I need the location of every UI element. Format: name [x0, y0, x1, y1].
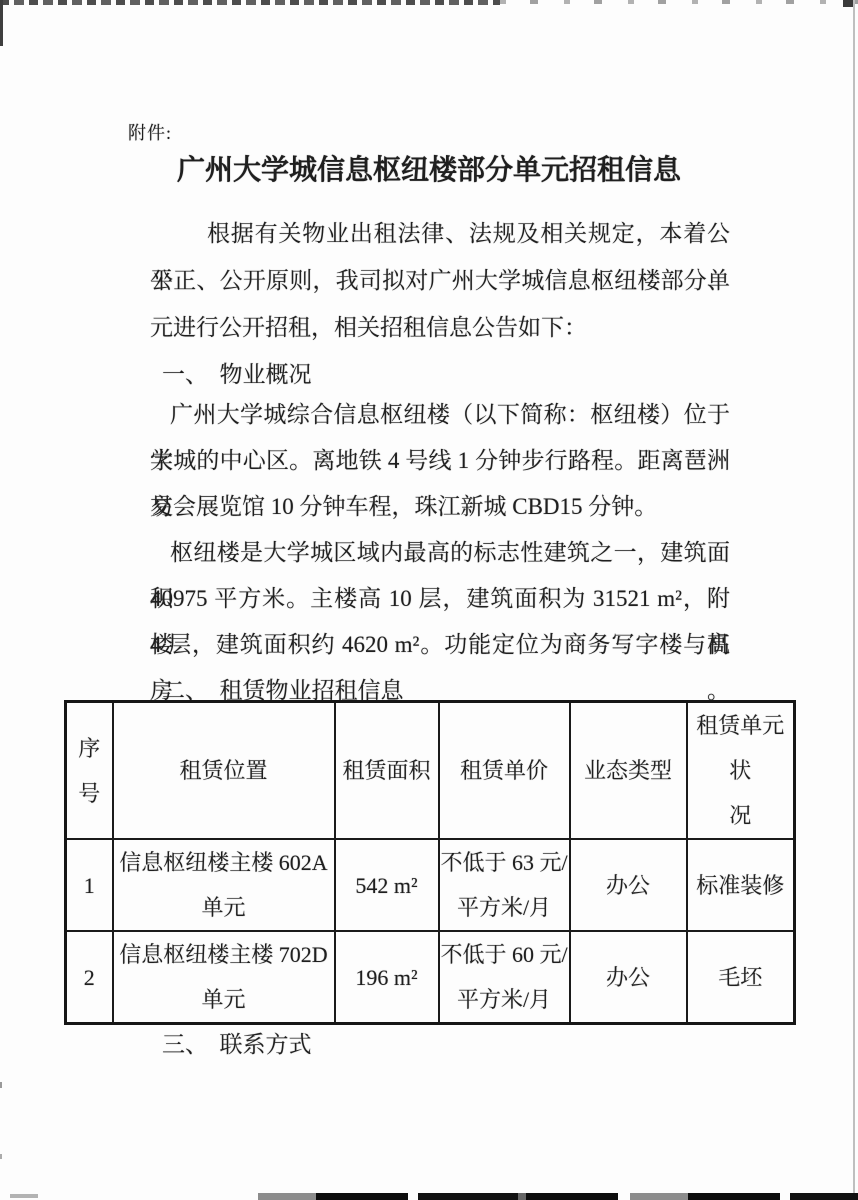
body-line: 学城的中心区。离地铁 4 号线 1 分钟步行路程。距离琶洲交	[150, 438, 730, 484]
cell-text: 2	[67, 955, 112, 1000]
header-text: 号	[67, 771, 112, 816]
cell-text: 平方米/月	[440, 977, 569, 1022]
body-paragraph-1: 根据有关物业出租法律、法规及相关规定，本着公平、 公正、公开原则，我司拟对广州大…	[150, 210, 730, 398]
document-title: 广州大学城信息枢纽楼部分单元招租信息	[0, 148, 858, 188]
scanned-document-page: 附件: 广州大学城信息枢纽楼部分单元招租信息 根据有关物业出租法律、法规及相关规…	[0, 0, 858, 1200]
header-text: 业态类型	[571, 748, 686, 793]
cell-text: 196 m²	[336, 955, 438, 1000]
cell-text: 不低于 60 元/	[440, 932, 569, 977]
cell-price: 不低于 63 元/ 平方米/月	[439, 839, 570, 931]
cell-business-type: 办公	[570, 931, 687, 1024]
header-text: 租赁单元状	[688, 703, 794, 793]
cell-text: 信息枢纽楼主楼 702D	[114, 932, 334, 977]
cell-price: 不低于 60 元/ 平方米/月	[439, 931, 570, 1024]
rental-units-table: 序 号 租赁位置 租赁面积 租赁单价 业态类型 租赁单元状 况 1	[64, 700, 796, 1025]
scan-artifact-left-edge-dot	[0, 1082, 2, 1088]
cell-unit-condition: 毛坯	[687, 931, 795, 1024]
header-cell-business-type: 业态类型	[570, 702, 687, 840]
cell-area: 196 m²	[335, 931, 439, 1024]
body-line: 公正、公开原则，我司拟对广州大学城信息枢纽楼部分单	[150, 257, 730, 304]
body-line: 40975 平方米。主楼高 10 层，建筑面积为 31521 m²，附楼高	[150, 576, 730, 622]
scan-artifact-bottom-left-speck	[10, 1194, 38, 1198]
body-line: 广州大学城综合信息枢纽楼（以下简称：枢纽楼）位于大	[150, 392, 730, 438]
cell-business-type: 办公	[570, 839, 687, 931]
cell-text: 不低于 63 元/	[440, 840, 569, 885]
scan-artifact-top-edge-left	[0, 0, 500, 5]
header-text: 况	[688, 793, 794, 838]
cell-text: 1	[67, 863, 112, 908]
section-heading-property-overview: 一、 物业概况	[150, 351, 730, 398]
cell-text: 单元	[114, 977, 334, 1022]
header-text: 序	[67, 726, 112, 771]
table-row: 1 信息枢纽楼主楼 602A 单元 542 m² 不低于 63 元/ 平方米/月…	[66, 839, 795, 931]
body-line: 枢纽楼是大学城区域内最高的标志性建筑之一，建筑面积	[150, 530, 730, 576]
table-row: 2 信息枢纽楼主楼 702D 单元 196 m² 不低于 60 元/ 平方米/月…	[66, 931, 795, 1024]
scan-artifact-left-edge-dot	[0, 1154, 2, 1159]
body-line: 根据有关物业出租法律、法规及相关规定，本着公平、	[150, 210, 730, 257]
header-text: 租赁位置	[114, 748, 334, 793]
header-cell-price: 租赁单价	[439, 702, 570, 840]
scan-artifact-left-edge-tick	[0, 0, 3, 46]
header-cell-area: 租赁面积	[335, 702, 439, 840]
cell-text: 标准装修	[688, 863, 794, 908]
cell-seq: 1	[66, 839, 113, 931]
cell-text: 办公	[571, 955, 686, 1000]
cell-location: 信息枢纽楼主楼 602A 单元	[113, 839, 335, 931]
body-line: 4 层，建筑面积约 4620 m²。功能定位为商务写字楼与机房。	[150, 622, 730, 668]
scan-artifact-bottom-edge-band	[258, 1193, 858, 1200]
body-paragraph-2: 广州大学城综合信息枢纽楼（以下简称：枢纽楼）位于大 学城的中心区。离地铁 4 号…	[150, 392, 730, 714]
cell-text: 毛坯	[688, 955, 794, 1000]
header-text: 租赁单价	[440, 748, 569, 793]
scan-artifact-top-edge-right	[500, 0, 858, 4]
body-line: 元进行公开招租，相关招租信息公告如下：	[150, 304, 730, 351]
cell-text: 信息枢纽楼主楼 602A	[114, 840, 334, 885]
section-heading-contact: 三、 联系方式	[150, 1021, 730, 1068]
cell-text: 单元	[114, 885, 334, 930]
cell-text: 办公	[571, 863, 686, 908]
cell-text: 542 m²	[336, 863, 438, 908]
cell-seq: 2	[66, 931, 113, 1024]
attachment-label: 附件:	[128, 119, 172, 145]
header-cell-location: 租赁位置	[113, 702, 335, 840]
header-cell-seq: 序 号	[66, 702, 113, 840]
body-section-3: 三、 联系方式	[150, 1021, 730, 1068]
table-header-row: 序 号 租赁位置 租赁面积 租赁单价 业态类型 租赁单元状 况	[66, 702, 795, 840]
cell-area: 542 m²	[335, 839, 439, 931]
header-text: 租赁面积	[336, 748, 438, 793]
cell-unit-condition: 标准装修	[687, 839, 795, 931]
cell-location: 信息枢纽楼主楼 702D 单元	[113, 931, 335, 1024]
cell-text: 平方米/月	[440, 885, 569, 930]
header-cell-unit-condition: 租赁单元状 况	[687, 702, 795, 840]
body-line: 易会展览馆 10 分钟车程，珠江新城 CBD15 分钟。	[150, 484, 730, 530]
